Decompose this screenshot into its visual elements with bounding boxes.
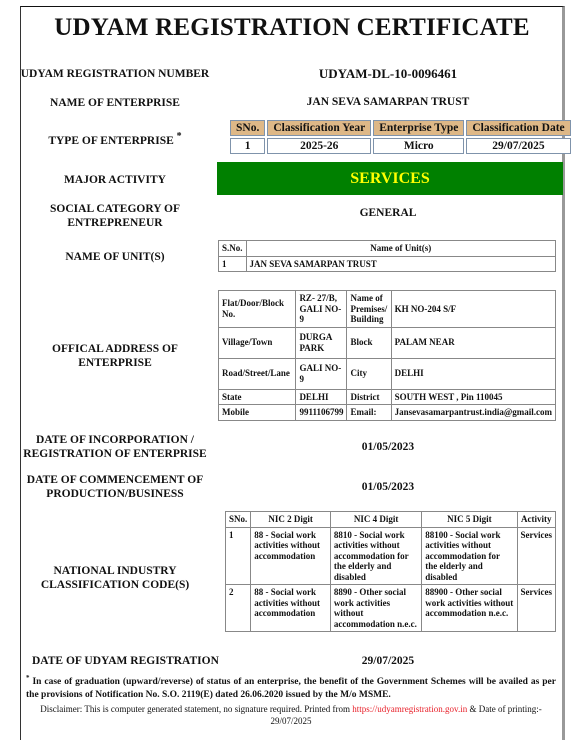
- address-field-label: Flat/Door/Block No.: [219, 291, 296, 328]
- major-activity-label: MAJOR ACTIVITY: [10, 173, 220, 187]
- nic-header-cell: Activity: [517, 512, 556, 528]
- incorporation-label: DATE OF INCORPORATION / REGISTRATION OF …: [10, 433, 220, 461]
- social-category-label-line1: SOCIAL CATEGORY OF: [10, 202, 220, 216]
- enterprise-type-label-text: TYPE OF ENTERPRISE: [48, 135, 173, 147]
- address-row: Village/TownDURGA PARKBlockPALAM NEAR: [219, 327, 556, 358]
- classification-header-cell: Enterprise Type: [373, 120, 464, 136]
- nic-cell: 8810 - Social work activities without ac…: [330, 527, 421, 585]
- footnote-asterisk: *: [26, 674, 30, 682]
- unit-row: 1JAN SEVA SAMARPAN TRUST: [219, 256, 556, 272]
- address-field-value: Jansevasamarpantrust.india@gmail.com: [391, 405, 555, 421]
- units-table: S.No.Name of Unit(s) 1JAN SEVA SAMARPAN …: [218, 240, 556, 272]
- social-category-label: SOCIAL CATEGORY OF ENTREPRENEUR: [10, 202, 220, 230]
- address-field-label: Block: [347, 327, 391, 358]
- commencement-label-line2: PRODUCTION/BUSINESS: [10, 487, 220, 501]
- units-label: NAME OF UNIT(S): [10, 250, 220, 264]
- nic-cell: 8890 - Other social work activities with…: [330, 585, 421, 632]
- nic-cell: Services: [517, 527, 556, 585]
- footnote-text: In case of graduation (upward/reverse) o…: [26, 677, 556, 700]
- address-field-value: KH NO-204 S/F: [391, 291, 555, 328]
- incorporation-label-line1: DATE OF INCORPORATION /: [10, 433, 220, 447]
- nic-cell: 88900 - Other social work activities wit…: [422, 585, 517, 632]
- address-label: OFFICAL ADDRESS OF ENTERPRISE: [10, 342, 220, 370]
- address-row: Flat/Door/Block No.RZ- 27/B, GALI NO-9Na…: [219, 291, 556, 328]
- commencement-label-line1: DATE OF COMMENCEMENT OF: [10, 473, 220, 487]
- address-field-label: Road/Street/Lane: [219, 358, 296, 389]
- registration-number-value: UDYAM-DL-10-0096461: [218, 66, 558, 82]
- address-field-label: District: [347, 389, 391, 405]
- nic-cell: 88100 - Social work activities without a…: [422, 527, 517, 585]
- udyam-portal-link[interactable]: https://udyamregistration.gov.in: [352, 704, 467, 714]
- commencement-value: 01/05/2023: [218, 481, 558, 493]
- address-field-value: 9911106799: [296, 405, 347, 421]
- incorporation-value: 01/05/2023: [218, 441, 558, 453]
- major-activity-value: SERVICES: [217, 162, 563, 195]
- nic-header-cell: NIC 2 Digit: [251, 512, 331, 528]
- address-field-value: DELHI: [391, 358, 555, 389]
- nic-label-line2: CLASSIFICATION CODE(S): [10, 578, 220, 592]
- address-row: StateDELHIDistrictSOUTH WEST , Pin 11004…: [219, 389, 556, 405]
- social-category-label-line2: ENTREPRENEUR: [10, 216, 220, 230]
- address-field-value: SOUTH WEST , Pin 110045: [391, 389, 555, 405]
- address-field-value: PALAM NEAR: [391, 327, 555, 358]
- enterprise-name-value: JAN SEVA SAMARPAN TRUST: [218, 96, 558, 108]
- nic-cell: Services: [517, 585, 556, 632]
- disclaimer: Disclaimer: This is computer generated s…: [26, 703, 556, 727]
- nic-label-line1: NATIONAL INDUSTRY: [10, 564, 220, 578]
- nic-table: SNo.NIC 2 DigitNIC 4 DigitNIC 5 DigitAct…: [225, 511, 556, 632]
- classification-cell: 29/07/2025: [466, 138, 570, 154]
- graduation-footnote: * In case of graduation (upward/reverse)…: [26, 672, 556, 702]
- nic-cell: 88 - Social work activities without acco…: [251, 585, 331, 632]
- address-field-value: DELHI: [296, 389, 347, 405]
- classification-header-cell: Classification Date: [466, 120, 570, 136]
- units-header-cell: Name of Unit(s): [246, 241, 555, 257]
- udyam-date-value: 29/07/2025: [218, 655, 558, 667]
- classification-row: 12025-26Micro29/07/2025: [230, 138, 571, 154]
- classification-cell: 1: [230, 138, 265, 154]
- incorporation-label-line2: REGISTRATION OF ENTERPRISE: [10, 447, 220, 461]
- nic-header-cell: NIC 5 Digit: [422, 512, 517, 528]
- address-field-label: State: [219, 389, 296, 405]
- classification-header-cell: SNo.: [230, 120, 265, 136]
- address-field-label: Mobile: [219, 405, 296, 421]
- nic-cell: 2: [226, 585, 251, 632]
- certificate-title: UDYAM REGISTRATION CERTIFICATE: [20, 14, 564, 42]
- social-category-value: GENERAL: [218, 207, 558, 219]
- classification-table: SNo.Classification YearEnterprise TypeCl…: [228, 118, 573, 156]
- address-field-label: Name of Premises/ Building: [347, 291, 391, 328]
- address-label-line2: ENTERPRISE: [10, 356, 220, 370]
- classification-cell: 2025-26: [267, 138, 371, 154]
- nic-cell: 1: [226, 527, 251, 585]
- nic-header-cell: NIC 4 Digit: [330, 512, 421, 528]
- address-row: Mobile9911106799Email:Jansevasamarpantru…: [219, 405, 556, 421]
- address-label-line1: OFFICAL ADDRESS OF: [10, 342, 220, 356]
- address-table: Flat/Door/Block No.RZ- 27/B, GALI NO-9Na…: [218, 290, 556, 421]
- units-header-cell: S.No.: [219, 241, 247, 257]
- address-field-label: City: [347, 358, 391, 389]
- address-field-value: GALI NO-9: [296, 358, 347, 389]
- nic-label: NATIONAL INDUSTRY CLASSIFICATION CODE(S): [10, 564, 220, 592]
- registration-number-label: UDYAM REGISTRATION NUMBER: [10, 67, 220, 81]
- enterprise-name-label: NAME OF ENTERPRISE: [10, 96, 220, 110]
- address-field-label: Village/Town: [219, 327, 296, 358]
- commencement-label: DATE OF COMMENCEMENT OF PRODUCTION/BUSIN…: [10, 473, 220, 501]
- address-row: Road/Street/LaneGALI NO-9CityDELHI: [219, 358, 556, 389]
- enterprise-type-label: TYPE OF ENTERPRISE *: [10, 130, 220, 148]
- nic-row: 188 - Social work activities without acc…: [226, 527, 556, 585]
- classification-cell: Micro: [373, 138, 464, 154]
- classification-header-cell: Classification Year: [267, 120, 371, 136]
- address-field-value: RZ- 27/B, GALI NO-9: [296, 291, 347, 328]
- address-field-value: DURGA PARK: [296, 327, 347, 358]
- asterisk-marker: *: [177, 131, 182, 142]
- unit-cell: JAN SEVA SAMARPAN TRUST: [246, 256, 555, 272]
- udyam-date-label: DATE OF UDYAM REGISTRATION: [32, 655, 219, 667]
- disclaimer-prefix: Disclaimer: This is computer generated s…: [40, 704, 352, 714]
- nic-cell: 88 - Social work activities without acco…: [251, 527, 331, 585]
- nic-row: 288 - Social work activities without acc…: [226, 585, 556, 632]
- unit-cell: 1: [219, 256, 247, 272]
- nic-header-cell: SNo.: [226, 512, 251, 528]
- address-field-label: Email:: [347, 405, 391, 421]
